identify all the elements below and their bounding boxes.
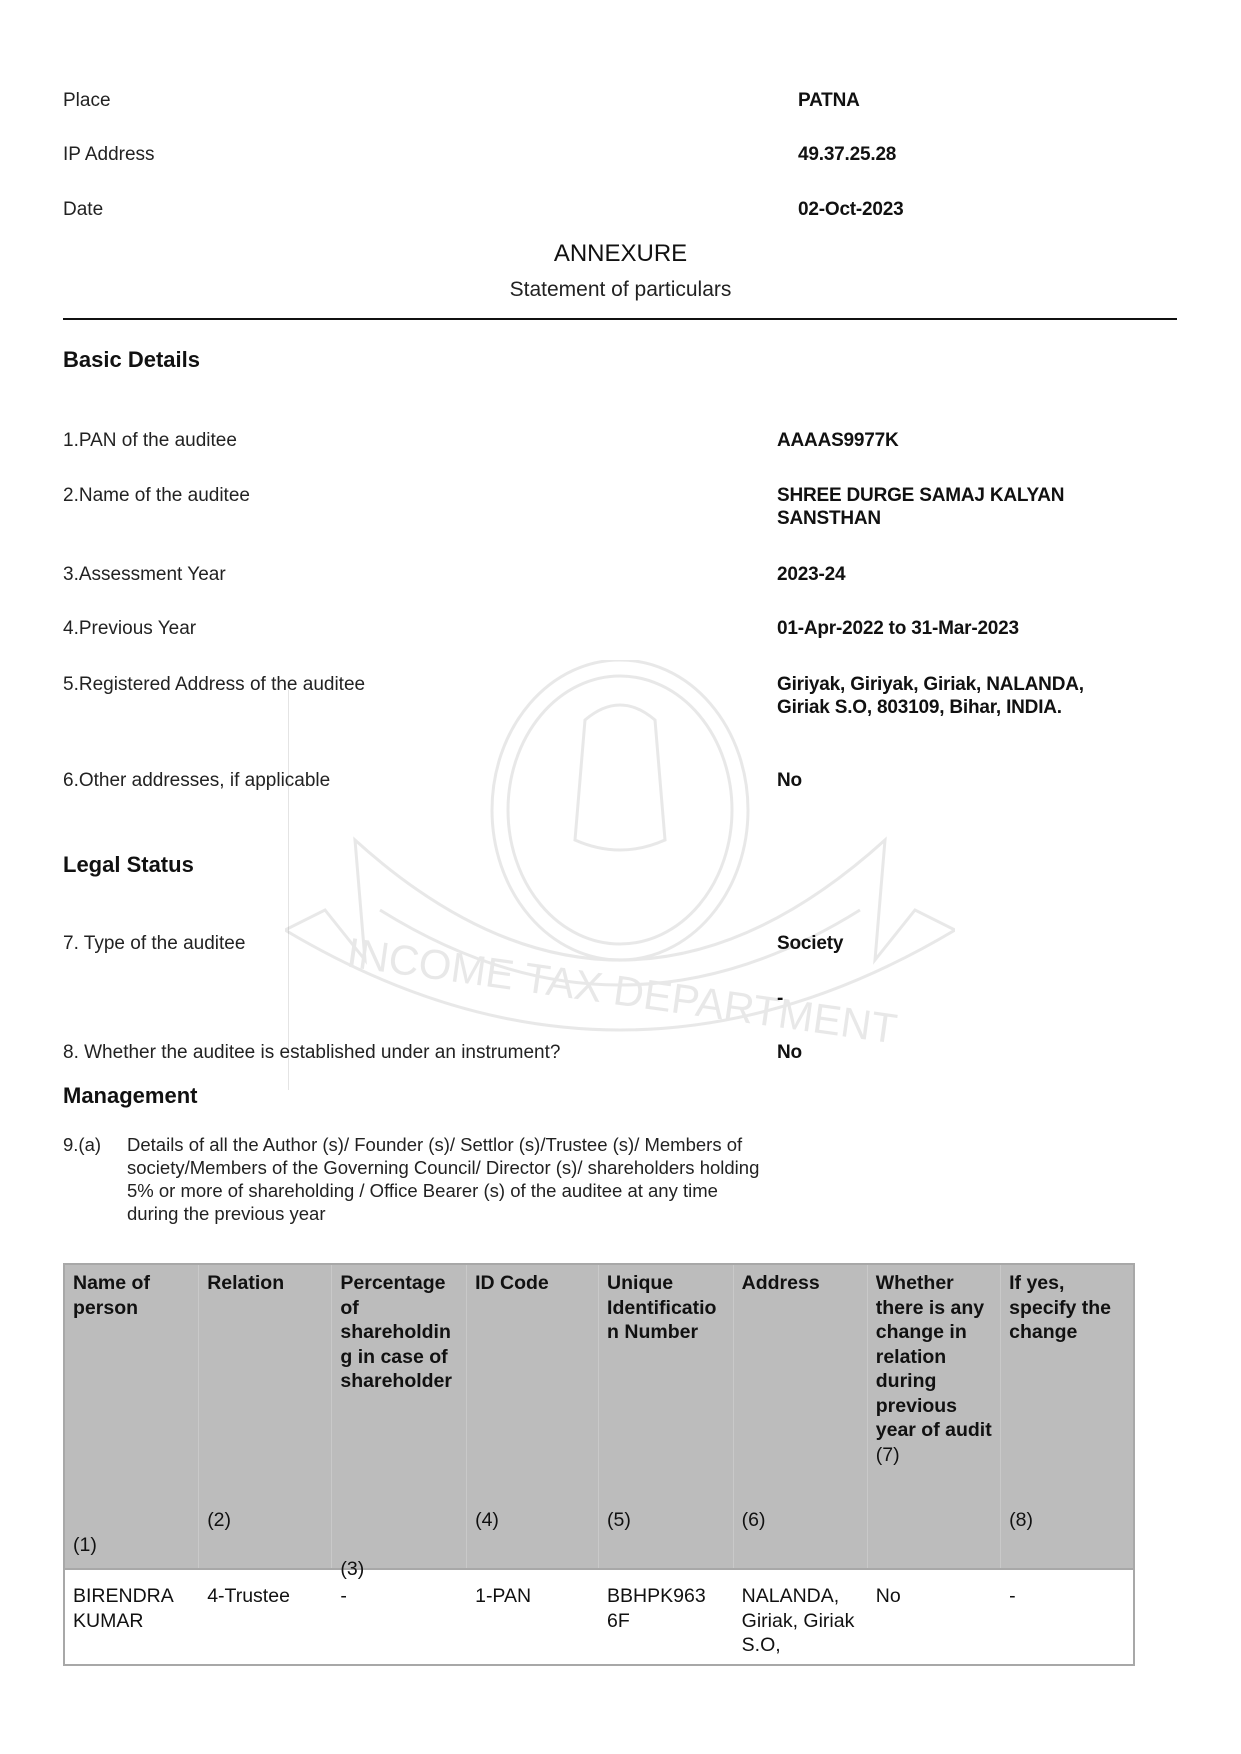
cell-uin: BBHPK963 6F (599, 1569, 734, 1665)
ip-address-value: 49.37.25.28 (798, 144, 896, 166)
previous-year-label: 4.Previous Year (63, 618, 196, 640)
table-header-row: Name of person(1) Relation(2) Percentage… (64, 1264, 1134, 1569)
cell-name: BIRENDRA KUMAR (64, 1569, 199, 1665)
page-subtitle: Statement of particulars (0, 278, 1241, 302)
ip-address-label: IP Address (63, 144, 155, 166)
place-label: Place (63, 90, 111, 112)
cell-id-code: 1-PAN (467, 1569, 599, 1665)
management-table: Name of person(1) Relation(2) Percentage… (63, 1263, 1135, 1666)
auditee-name-value-line1: SHREE DURGE SAMAJ KALYAN (777, 485, 1064, 507)
registered-address-label: 5.Registered Address of the auditee (63, 674, 365, 696)
assessment-year-value: 2023-24 (777, 564, 845, 586)
title-divider (63, 318, 1177, 320)
cell-percentage: - (332, 1569, 467, 1665)
column-header-relation: Relation(2) (199, 1264, 332, 1569)
registered-address-value-line2: Giriak S.O, 803109, Bihar, INDIA. (777, 697, 1062, 719)
date-label: Date (63, 199, 103, 221)
auditee-type-subvalue: - (777, 988, 783, 1010)
pan-value: AAAAS9977K (777, 430, 899, 452)
previous-year-value: 01-Apr-2022 to 31-Mar-2023 (777, 618, 1019, 640)
column-header-name: Name of person(1) (64, 1264, 199, 1569)
auditee-type-label: 7. Type of the auditee (63, 933, 245, 955)
column-header-change-detail: If yes, specify the change(8) (1001, 1264, 1134, 1569)
item-number: 9.(a) (63, 1133, 101, 1156)
other-addresses-value: No (777, 770, 802, 792)
pan-label: 1.PAN of the auditee (63, 430, 237, 452)
table-row: BIRENDRA KUMAR 4-Trustee - 1-PAN BBHPK96… (64, 1569, 1134, 1665)
income-tax-emblem-watermark: INCOME TAX DEPARTMENT (285, 660, 955, 1090)
item-description: Details of all the Author (s)/ Founder (… (127, 1133, 767, 1225)
cell-relation-change: No (867, 1569, 1000, 1665)
column-header-percentage: Percentage of shareholdin g in case of s… (332, 1264, 467, 1569)
cell-change-detail: - (1001, 1569, 1134, 1665)
column-header-uin: Unique Identificatio n Number(5) (599, 1264, 734, 1569)
auditee-type-value: Society (777, 933, 843, 955)
instrument-value: No (777, 1042, 802, 1064)
place-value: PATNA (798, 90, 860, 112)
section-heading-basic-details: Basic Details (63, 347, 200, 373)
other-addresses-label: 6.Other addresses, if applicable (63, 770, 330, 792)
cell-relation: 4-Trustee (199, 1569, 332, 1665)
column-header-relation-change: Whether there is any change in relation … (867, 1264, 1000, 1569)
column-header-id-code: ID Code(4) (467, 1264, 599, 1569)
auditee-name-value-line2: SANSTHAN (777, 508, 881, 530)
instrument-label: 8. Whether the auditee is established un… (63, 1042, 560, 1064)
section-heading-legal-status: Legal Status (63, 852, 194, 878)
section-heading-management: Management (63, 1083, 197, 1109)
column-header-address: Address(6) (733, 1264, 867, 1569)
registered-address-value-line1: Giriyak, Giriyak, Giriak, NALANDA, (777, 674, 1084, 696)
date-value: 02-Oct-2023 (798, 199, 904, 221)
assessment-year-label: 3.Assessment Year (63, 564, 226, 586)
page-title: ANNEXURE (0, 240, 1241, 268)
auditee-name-label: 2.Name of the auditee (63, 485, 250, 507)
cell-address: NALANDA, Giriak, Giriak S.O, (733, 1569, 867, 1665)
